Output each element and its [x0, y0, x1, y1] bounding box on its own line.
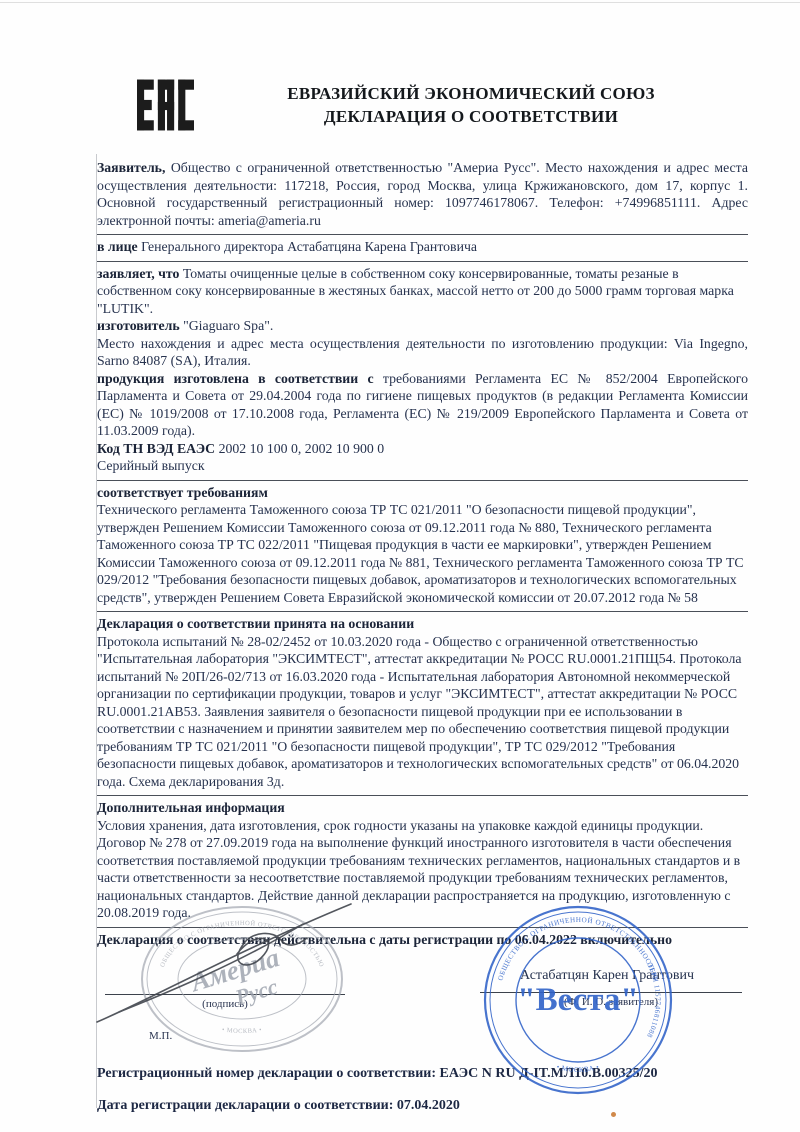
manufacturer-address: Место нахождения и адрес места осуществл…: [97, 335, 748, 370]
basis-header: Декларация о соответствии принята на осн…: [97, 615, 748, 633]
registration-date-value: 07.04.2020: [397, 1098, 460, 1113]
eac-logo-svg: [137, 78, 194, 132]
title-line-1: ЕВРАЗИЙСКИЙ ЭКОНОМИЧЕСКИЙ СОЮЗ: [194, 82, 748, 105]
representative-text: Генерального директора Астабатцяна Карен…: [141, 239, 477, 254]
product-section: заявляет, что Томаты очищенные целые в с…: [97, 262, 748, 481]
registration-number-label: Регистрационный номер декларации о соотв…: [97, 1066, 436, 1081]
manufacturer-text: "Giaguaro Spa".: [183, 318, 273, 333]
vesta-stamp-center-text: "Веста": [517, 982, 638, 1018]
vesta-stamp-svg: ОБЩЕСТВО С ОГРАНИЧЕННОЙ ОТВЕТСТВЕННОСТЬЮ…: [453, 880, 703, 1120]
applicant-text: Общество с ограниченной ответственностью…: [97, 160, 748, 228]
manufacturer-paragraph: изготовитель "Giaguaro Spa".: [97, 317, 748, 335]
manufacturer-label: изготовитель: [97, 318, 180, 333]
compliance-body: Технического регламента Таможенного союз…: [97, 501, 748, 606]
applicant-paragraph: Заявитель, Общество с ограниченной ответ…: [97, 159, 748, 229]
page: { "header": { "logo": "EAC", "title_line…: [0, 0, 800, 1132]
representative-section: в лице Генерального директора Астабатцян…: [97, 235, 748, 262]
eac-logo-icon: [137, 78, 194, 132]
basis-section: Декларация о соответствии принята на осн…: [97, 612, 748, 796]
document-header: ЕВРАЗИЙСКИЙ ЭКОНОМИЧЕСКИЙ СОЮЗ ДЕКЛАРАЦИ…: [97, 78, 748, 132]
signature-block: (подпись) М.П. Астабатцян Карен Грантови…: [97, 952, 748, 1050]
declaration-document: ЕВРАЗИЙСКИЙ ЭКОНОМИЧЕСКИЙ СОЮЗ ДЕКЛАРАЦИ…: [97, 78, 748, 1128]
representative-label: в лице: [97, 239, 138, 254]
compliance-section: соответствует требованиям Технического р…: [97, 481, 748, 613]
tnved-paragraph: Код ТН ВЭД ЕАЭС 2002 10 100 0, 2002 10 9…: [97, 440, 748, 458]
scan-edge-line: [0, 2, 800, 3]
production-paragraph: продукция изготовлена в соответствии с т…: [97, 370, 748, 440]
basis-body: Протокола испытаний № 28-02/2452 от 10.0…: [97, 633, 748, 791]
tnved-value: 2002 10 100 0, 2002 10 900 0: [219, 441, 385, 456]
title-line-2: ДЕКЛАРАЦИЯ О СООТВЕТСТВИИ: [194, 105, 748, 128]
vesta-stamp-ring-bottom: • МОСКВА •: [556, 1063, 601, 1074]
representative-paragraph: в лице Генерального директора Астабатцян…: [97, 238, 748, 256]
registration-date-label: Дата регистрации декларации о соответств…: [97, 1098, 393, 1113]
document-title: ЕВРАЗИЙСКИЙ ЭКОНОМИЧЕСКИЙ СОЮЗ ДЕКЛАРАЦИ…: [194, 82, 748, 128]
signature-scribble-svg: [89, 890, 389, 1040]
declares-text: Томаты очищенные целые в собственном сок…: [97, 266, 734, 316]
declares-paragraph: заявляет, что Томаты очищенные целые в с…: [97, 265, 748, 318]
declares-label: заявляет, что: [97, 266, 179, 281]
vesta-round-stamp: ОБЩЕСТВО С ОГРАНИЧЕННОЙ ОТВЕТСТВЕННОСТЬЮ…: [453, 880, 703, 1124]
applicant-label: Заявитель,: [97, 160, 165, 175]
serial-release: Серийный выпуск: [97, 457, 748, 475]
handwritten-signature: [89, 890, 389, 1044]
vesta-stamp-ogrn: ОГРН 1157746811088: [645, 961, 662, 1039]
applicant-section: Заявитель, Общество с ограниченной ответ…: [97, 156, 748, 235]
production-label: продукция изготовлена в соответствии с: [97, 371, 374, 386]
compliance-header: соответствует требованиям: [97, 484, 748, 502]
additional-info-header: Дополнительная информация: [97, 799, 748, 817]
tnved-label: Код ТН ВЭД ЕАЭС: [97, 441, 215, 456]
